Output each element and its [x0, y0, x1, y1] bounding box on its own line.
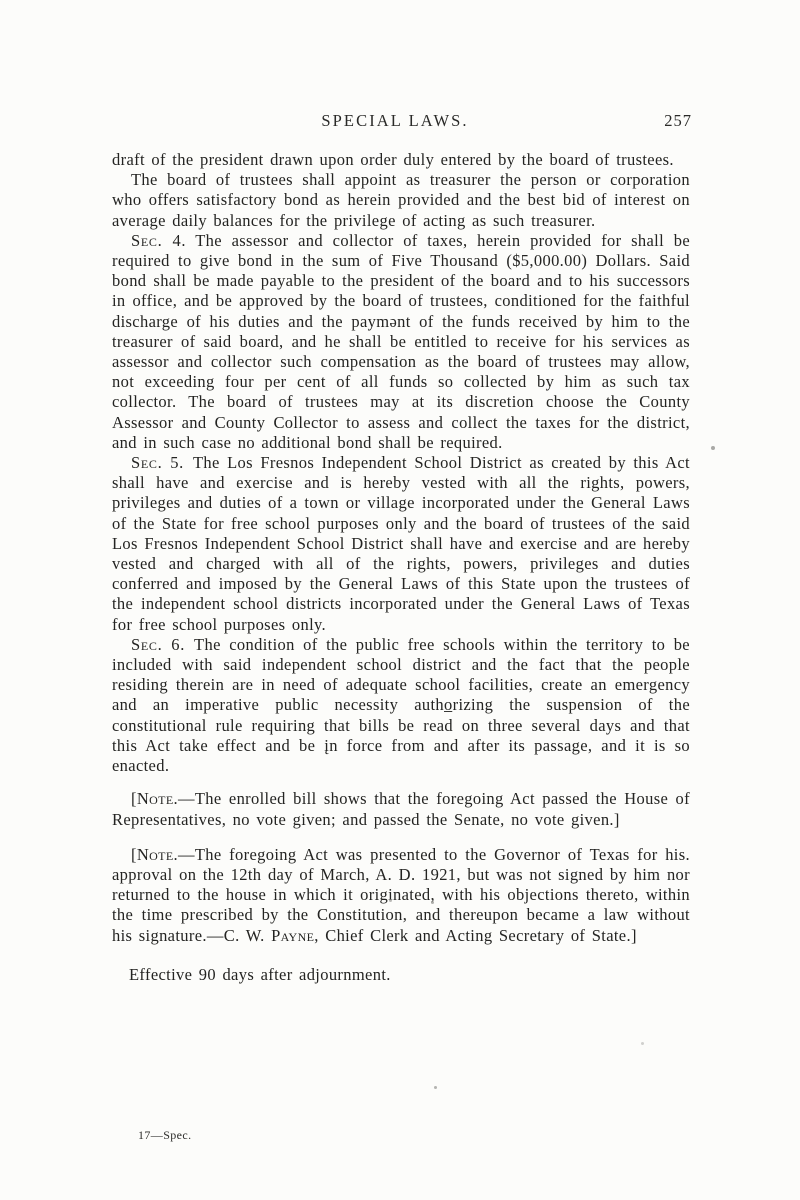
paragraph-text: The board of trustees shall appoint as t… — [112, 170, 690, 229]
note-enrolled-bill: [Note.—The enrolled bill shows that the … — [112, 789, 690, 829]
paragraph-text: draft of the president drawn upon order … — [112, 150, 674, 169]
section-6-text: The condition of the public free schools… — [112, 635, 690, 775]
scan-speck — [431, 901, 434, 904]
section-4-paragraph: Sec. 4.The assessor and collector of tax… — [112, 231, 690, 453]
act-body: draft of the president drawn upon order … — [112, 150, 690, 985]
note-governor: [Note.—The foregoing Act was presented t… — [112, 845, 690, 946]
scan-speck — [389, 899, 392, 902]
page-number: 257 — [664, 111, 692, 131]
clerk-name: Payne — [271, 926, 314, 945]
scan-speck — [641, 1042, 644, 1045]
scanned-book-page: SPECIAL LAWS. 257 draft of the president… — [0, 0, 800, 1200]
note-label: Note. — [137, 845, 178, 864]
section-6-paragraph: Sec. 6.The condition of the public free … — [112, 635, 690, 776]
note-label: Note. — [137, 789, 178, 808]
scan-speck — [434, 1086, 437, 1089]
scan-speck — [711, 446, 715, 450]
page-title: SPECIAL LAWS. — [321, 111, 468, 131]
section-4-label: Sec. 4. — [131, 231, 186, 250]
section-6-label: Sec. 6. — [131, 635, 185, 654]
printer-signature-mark: 17—Spec. — [138, 1128, 192, 1143]
note-text: —The enrolled bill shows that the forego… — [112, 789, 690, 828]
paragraph-treasurer-appointment: The board of trustees shall appoint as t… — [112, 170, 690, 231]
section-4-text: The assessor and collector of taxes, her… — [112, 231, 690, 452]
running-head: SPECIAL LAWS. 257 — [112, 111, 690, 132]
section-5-text: The Los Fresnos Independent School Distr… — [112, 453, 690, 634]
paragraph-draft-continuation: draft of the president drawn upon order … — [112, 150, 690, 170]
text-column: SPECIAL LAWS. 257 draft of the president… — [112, 111, 690, 985]
effective-date-line: Effective 90 days after adjournment. — [112, 965, 690, 985]
section-5-paragraph: Sec. 5.The Los Fresnos Independent Schoo… — [112, 453, 690, 635]
note-text-part-b: , Chief Clerk and Acting Secretary of St… — [314, 926, 637, 945]
section-5-label: Sec. 5. — [131, 453, 184, 472]
